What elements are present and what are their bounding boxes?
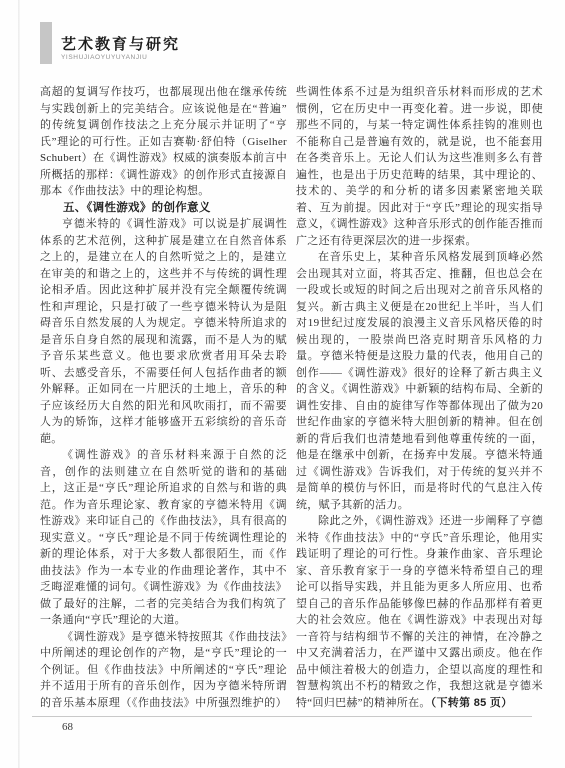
right-column: 些调性体系不过是为组织音乐材料而形成的艺术惯例，它在历史中一再变化着。进一步说，… — [296, 84, 543, 712]
section-heading: 五、《调性游戏》的创作意义 — [40, 200, 287, 217]
paragraph: 《调性游戏》是亨德米特按照其《作曲技法》中所阐述的理论创作的产物，是“亨氏”理论… — [40, 629, 287, 713]
footer-rule — [32, 716, 532, 717]
paragraph-text: 除此之外，《调性游戏》还进一步阐释了亨德米特《作曲技法》中的“亨氏”音乐理论，他… — [296, 515, 543, 709]
journal-subtitle-pinyin: YISHUJIAOYUYUYANJIU — [61, 54, 180, 62]
header-accent-bar — [40, 22, 52, 64]
journal-header: 艺术教育与研究 YISHUJIAOYUYUYANJIU — [40, 22, 180, 64]
scan-gutter-artifact — [18, 0, 20, 768]
paragraph: 亨德米特的《调性游戏》可以说是扩展调性体系的艺术范例，这种扩展是建立在自然音体系… — [40, 216, 287, 447]
paragraph-continued-from-left-column: 些调性体系不过是为组织音乐材料而形成的艺术惯例，它在历史中一再变化着。进一步说，… — [296, 84, 543, 249]
paragraph: 在音乐史上，某种音乐风格发展到顶峰必然会出现其对立面，将其否定、推翻，但也总会在… — [296, 249, 543, 513]
paragraph: 《调性游戏》的音乐材料来源于自然的泛音，创作的法则建立在自然听觉的谐和的基础上，… — [40, 447, 287, 629]
journal-title: 艺术教育与研究 — [61, 37, 180, 54]
paragraph: 除此之外，《调性游戏》还进一步阐释了亨德米特《作曲技法》中的“亨氏”音乐理论，他… — [296, 513, 543, 711]
journal-masthead: 艺术教育与研究 YISHUJIAOYUYUYANJIU — [61, 22, 180, 64]
article-body: 高超的复调写作技巧，也都展现出他在继承传统与实践创新上的完美结合。应该说他是在“… — [40, 84, 543, 712]
journal-page: 艺术教育与研究 YISHUJIAOYUYUYANJIU 高超的复调写作技巧，也都… — [0, 0, 565, 768]
left-column: 高超的复调写作技巧，也都展现出他在继承传统与实践创新上的完美结合。应该说他是在“… — [40, 84, 287, 712]
paragraph-continued-from-previous-page: 高超的复调写作技巧，也都展现出他在继承传统与实践创新上的完美结合。应该说他是在“… — [40, 84, 287, 200]
continuation-note: （下转第 85 页） — [431, 697, 513, 709]
page-number: 68 — [62, 721, 73, 733]
